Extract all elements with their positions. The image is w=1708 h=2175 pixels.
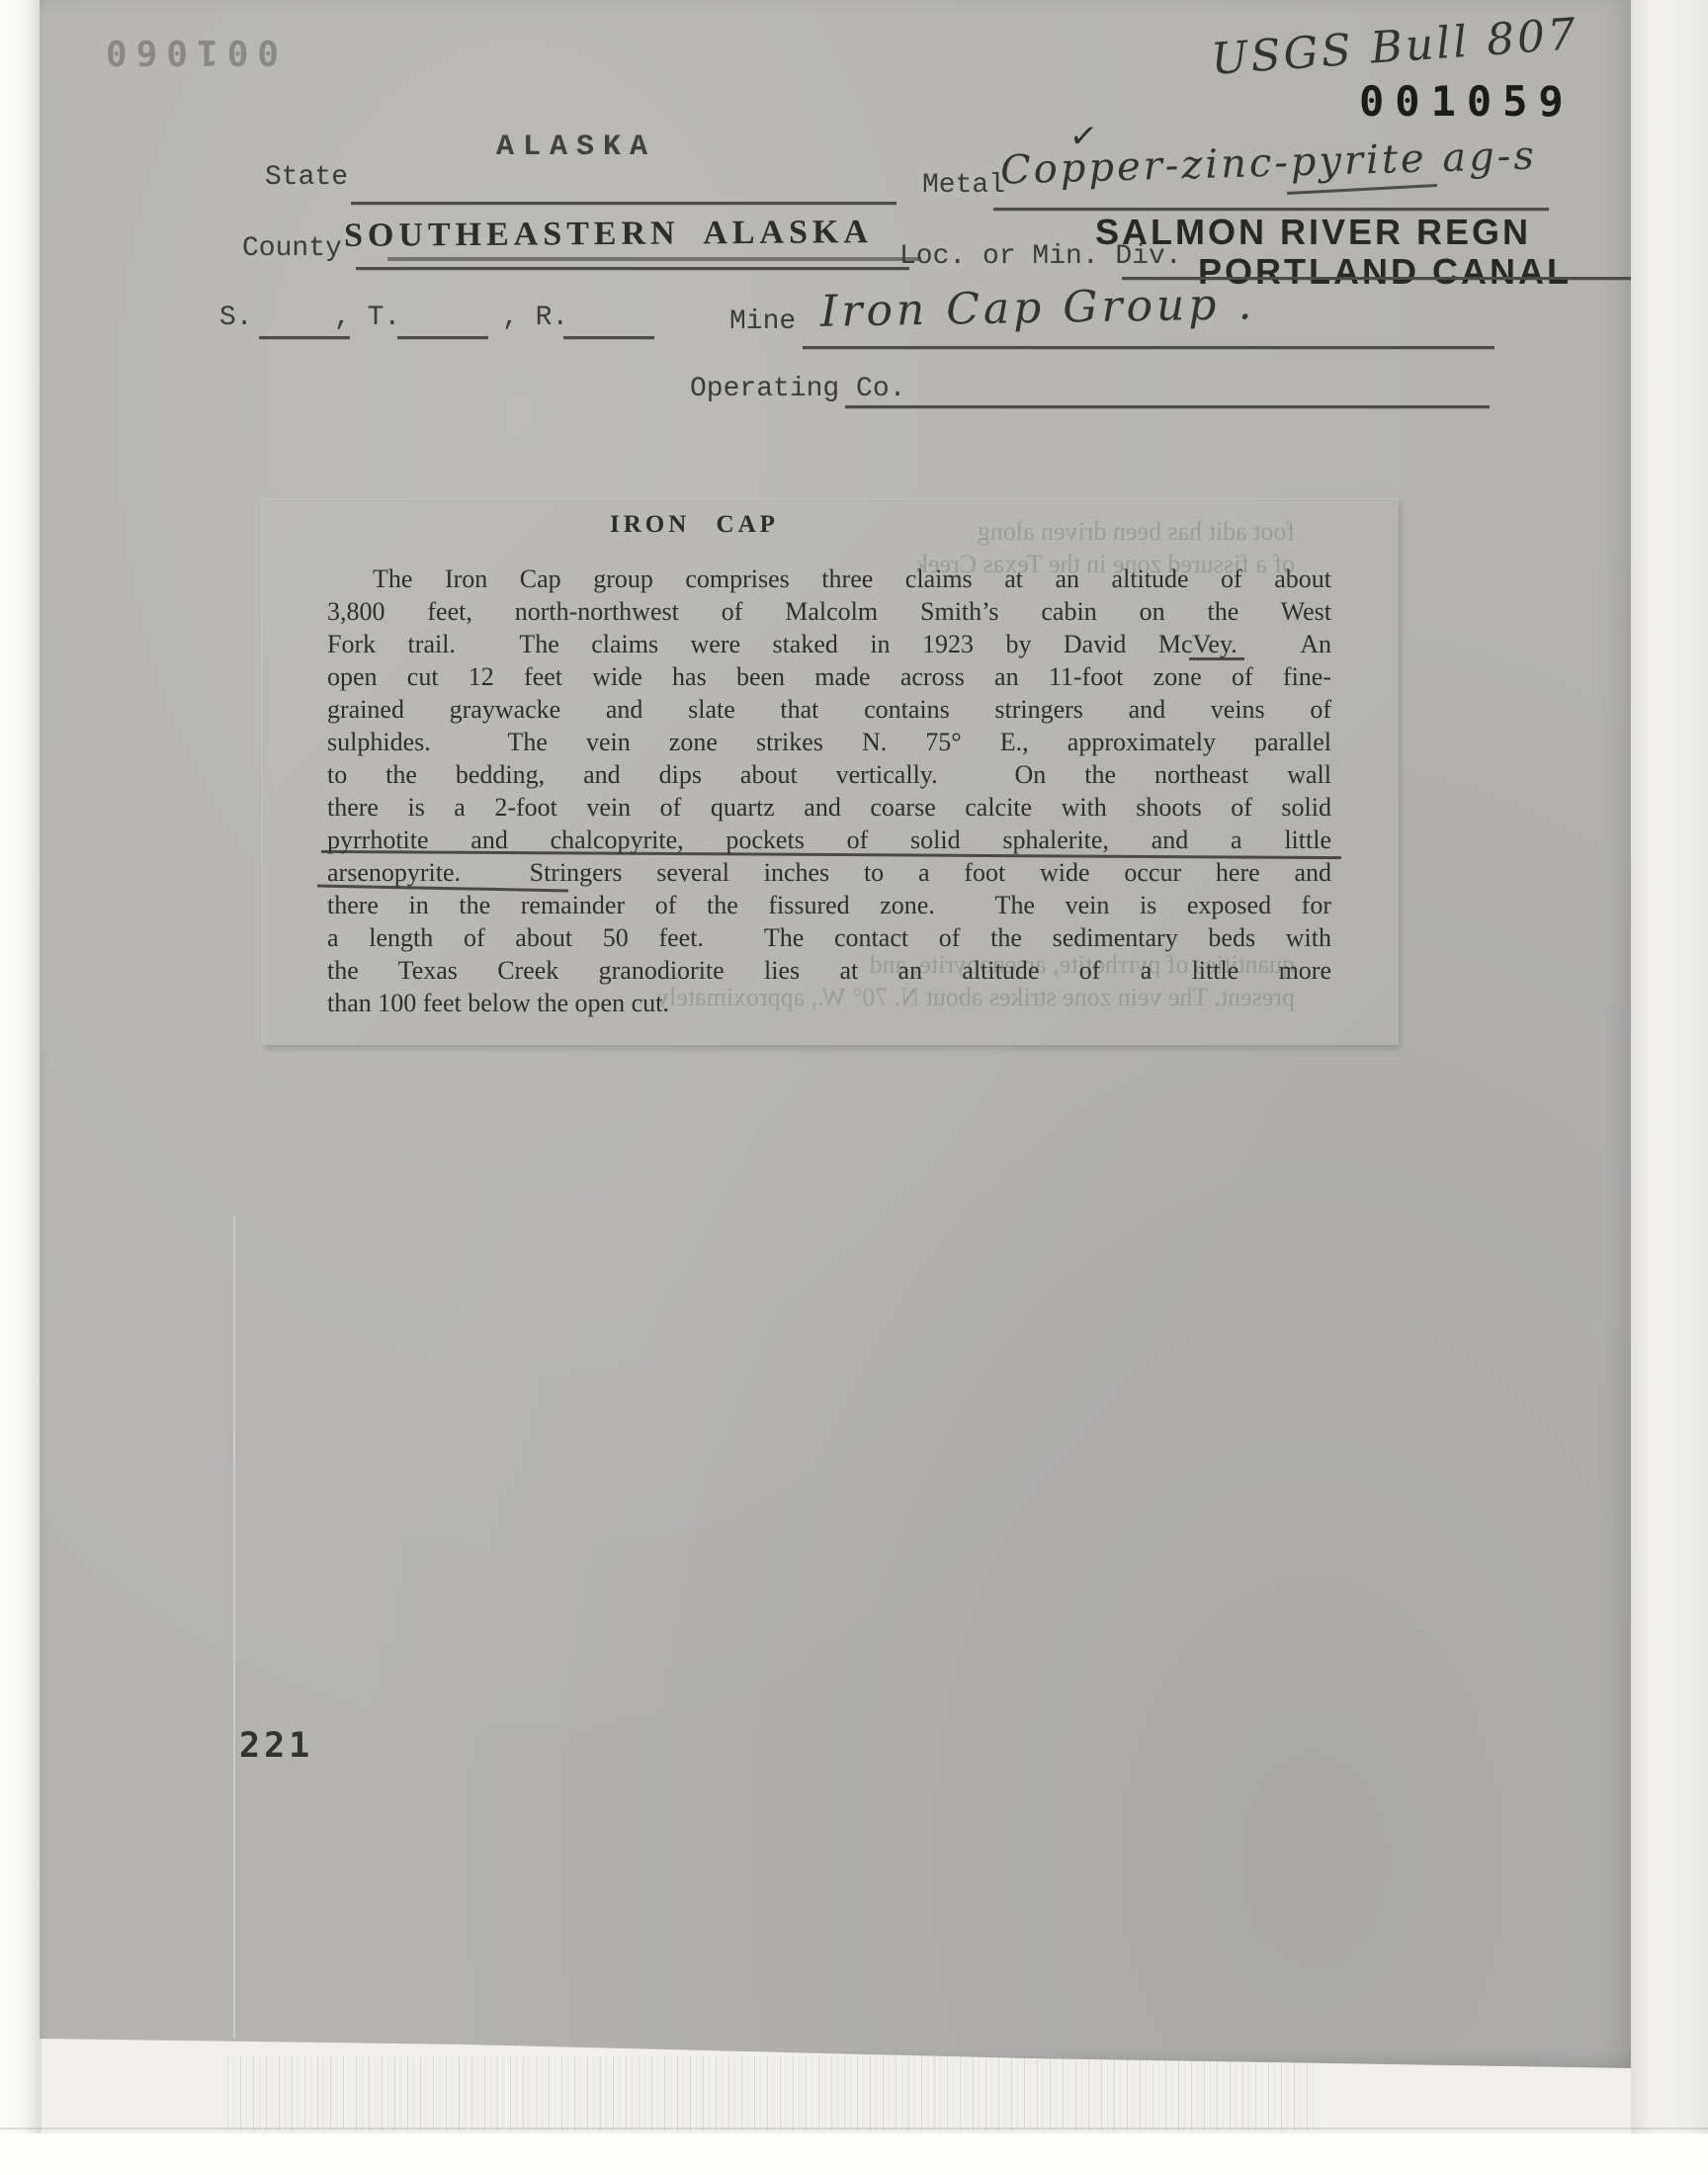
metal-strikethrough-mark	[1287, 184, 1437, 195]
county-blank-line	[356, 267, 909, 270]
section-blank-line	[259, 336, 350, 339]
state-blank-line	[351, 202, 897, 205]
page-number-stamp: 221	[239, 1726, 313, 1766]
index-card-page: 001060 USGS Bull 807 001059 ALASKA State…	[40, 0, 1631, 2068]
operating-co-label: Operating Co.	[690, 374, 905, 404]
county-stamp-smear	[387, 257, 921, 261]
page-crease	[233, 1216, 235, 2039]
hand-underline-an	[1189, 657, 1244, 660]
clipping-bleedthrough-line: foot adit has been driven along	[321, 517, 1295, 547]
stamp-001059: 001059	[1359, 77, 1575, 126]
mine-label: Mine	[729, 306, 796, 337]
clipping-body-line: Fork trail. The claims were staked in 19…	[327, 628, 1331, 660]
clipping-body-line: than 100 feet below the open cut.	[327, 987, 1331, 1019]
clipping-body-line: the Texas Creek granodiorite lies at an …	[327, 954, 1331, 987]
clipping-body-line: there in the remainder of the fissured z…	[327, 889, 1331, 921]
range-blank-line	[563, 336, 654, 339]
township-label: , T.	[334, 303, 400, 333]
operating-co-blank-line	[845, 405, 1490, 408]
clipping-body-line: 3,800 feet, north-northwest of Malcolm S…	[327, 595, 1331, 628]
mine-blank-line	[803, 346, 1494, 349]
state-label: State	[265, 162, 348, 193]
pasted-clipping: foot adit has been driven along of a fis…	[262, 499, 1399, 1045]
scan-bottom-area	[0, 2133, 1708, 2175]
ghost-stamp-001060: 001060	[97, 32, 279, 72]
clipping-body-line: sulphides. The vein zone strikes N. 75° …	[327, 726, 1331, 758]
section-label: S.	[219, 303, 253, 333]
clipping-body-line: The Iron Cap group comprises three claim…	[327, 563, 1331, 595]
loc-value-stamp-line1: SALMON RIVER REGN	[1095, 212, 1531, 253]
clipping-body-line: arsenopyrite. Stringers several inches t…	[327, 856, 1331, 889]
clipping-body-line: grained graywacke and slate that contain…	[327, 693, 1331, 726]
clipping-title: IRON CAP	[610, 511, 779, 539]
scan-left-margin	[0, 0, 42, 2175]
range-label: , R.	[502, 303, 568, 333]
mine-value-handwritten: Iron Cap Group .	[820, 279, 1256, 337]
metal-label: Metal	[922, 170, 1005, 201]
county-label: County	[242, 233, 342, 264]
handwritten-usgs-bulletin-note: USGS Bull 807	[1210, 9, 1580, 85]
state-value-typed: ALASKA	[496, 130, 656, 164]
scan-streak-artifacts	[227, 2056, 1315, 2131]
township-blank-line	[397, 336, 488, 339]
clipping-body-line: a length of about 50 feet. The contact o…	[327, 921, 1331, 954]
clipping-body-line: open cut 12 feet wide has been made acro…	[327, 660, 1331, 693]
metal-blank-line	[993, 208, 1549, 211]
county-value-stamp: SOUTHEASTERN ALASKA	[344, 214, 873, 255]
scan-right-margin	[1631, 0, 1708, 2175]
clipping-body-line: there is a 2-foot vein of quartz and coa…	[327, 791, 1331, 824]
scan-bottom-hairline	[0, 2128, 1708, 2130]
clipping-body-line: to the bedding, and dips about verticall…	[327, 758, 1331, 791]
